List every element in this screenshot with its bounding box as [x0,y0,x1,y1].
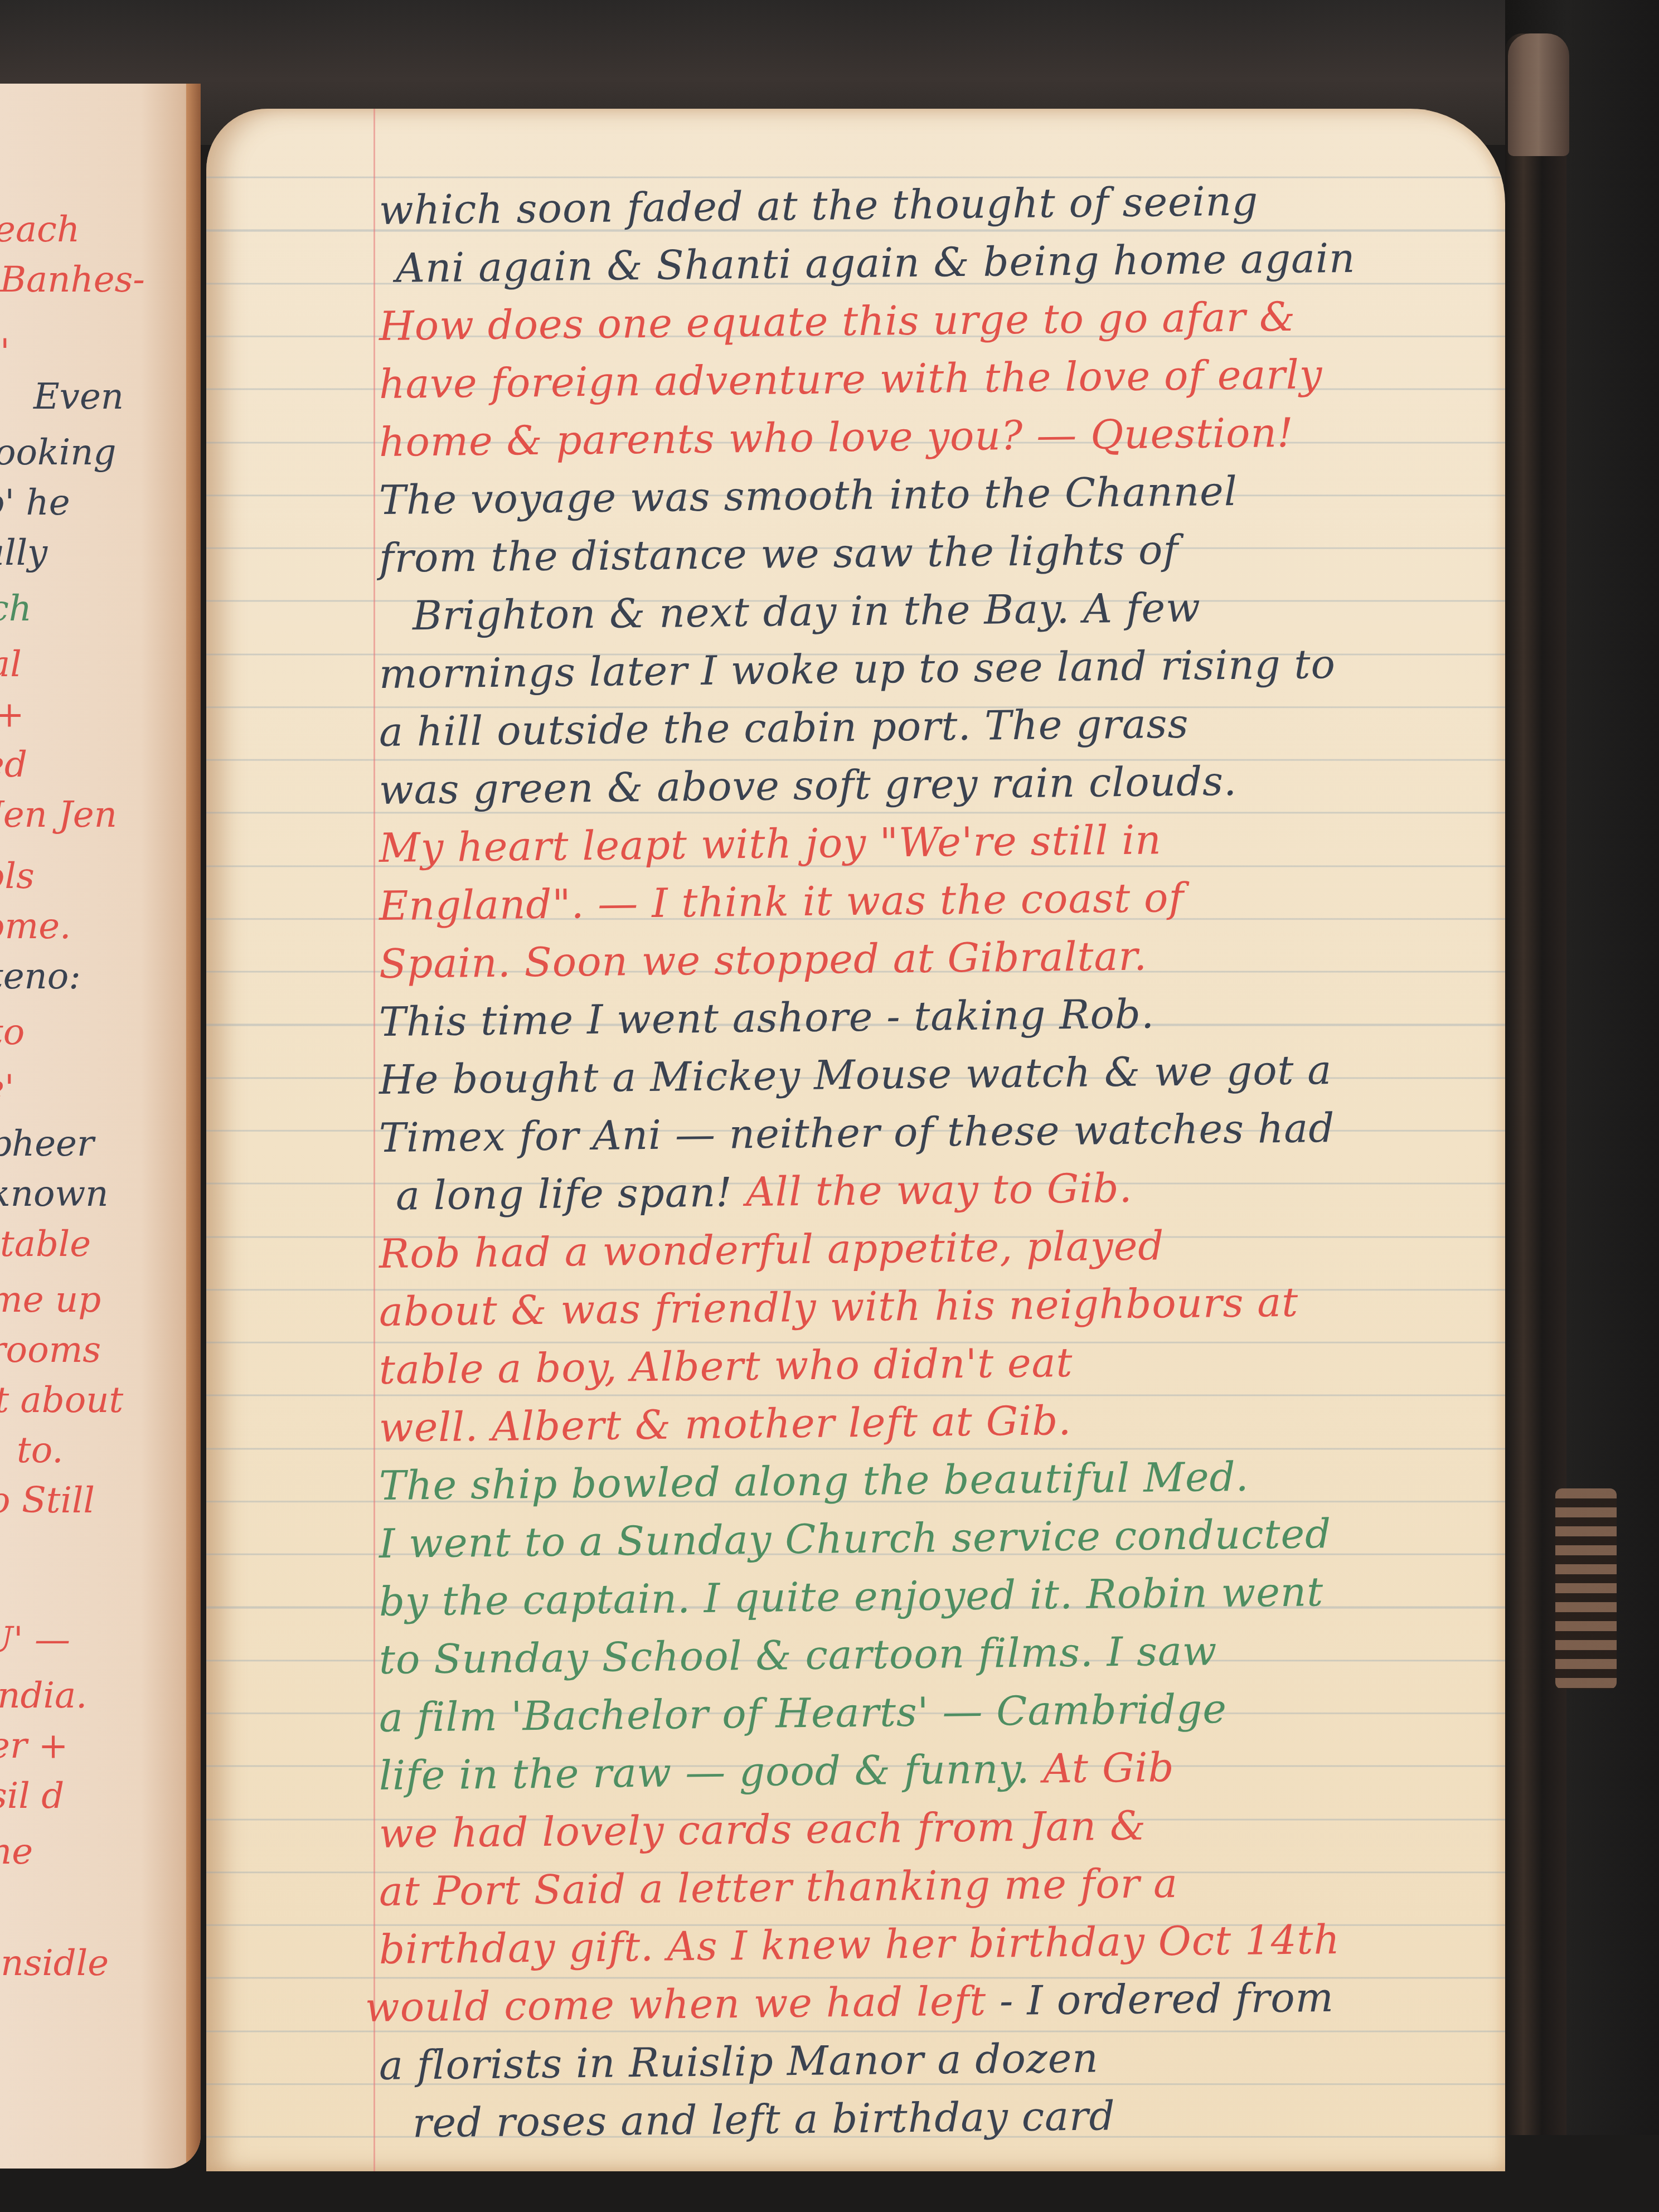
left-page-fragment: rooms [0,1332,101,1368]
diary-entry-text: which soon faded at the thought of seein… [379,181,1488,2152]
handwritten-line: Spain. Soon we stopped at Gibraltar. [379,923,1488,993]
handwritten-line: Ani again & Shanti again & being home ag… [379,227,1488,297]
left-page-fragment: Even [33,379,124,415]
line-text: mornings later I woke up to see land ris… [379,641,1336,697]
left-page-fragment: U' — [0,1622,70,1658]
margin-rule [373,109,375,2171]
left-page-fragment: ols [0,858,35,894]
handwritten-line: a film 'Bachelor of Hearts' — Cambridge [379,1677,1488,1747]
handwritten-line: was green & above soft grey rain clouds. [379,749,1488,819]
left-page-fragment: India. [0,1678,87,1714]
line-text: Rob had a wonderful appetite, played [379,1222,1165,1277]
line-text: The voyage was smooth into the Channel [379,468,1238,523]
left-page-fragment: - [0,1533,1,1569]
line-text: Spain. Soon we stopped at Gibraltar. [379,933,1148,987]
left-page-fragment: pheer [0,1126,94,1162]
line-text: we had lovely cards each from Jan & [379,1802,1147,1857]
handwritten-line: which soon faded at the thought of seein… [379,169,1488,239]
line-text: would come when we had left [365,1977,987,2031]
notebook-cover-stitching [1555,1488,1617,1689]
left-page-fragment: unsidle [0,1946,109,1981]
handwritten-line: about & was friendly with his neighbours… [379,1271,1488,1341]
handwritten-line: He bought a Mickey Mouse watch & we got … [379,1039,1488,1109]
handwritten-line: have foreign adventure with the love of … [379,343,1488,413]
left-page-fragment: ome. [0,909,71,944]
left-page-fragment: e' [0,1070,14,1106]
line-text: a hill outside the cabin port. The grass [379,700,1189,755]
line-text: at Port Said a letter thanking me for a [379,1860,1178,1915]
line-text-continuation: - I ordered from [986,1974,1334,2025]
line-text: which soon faded at the thought of seein… [379,177,1259,234]
notebook-cover-edge [1505,33,1566,2208]
handwritten-line: home & parents who love you? — Question! [379,401,1488,471]
line-text: red roses and left a birthday card [413,2092,1115,2146]
line-text: home & parents who love you? — Question! [379,409,1294,465]
handwritten-line: Rob had a wonderful appetite, played [379,1213,1488,1283]
line-text: from the distance we saw the lights of [379,526,1179,581]
line-text-continuation: At Gib [1030,1744,1175,1792]
left-page-fragment: ' [0,334,10,370]
line-text: well. Albert & mother left at Gib. [379,1397,1072,1451]
left-page-fragment: me up [0,1282,101,1318]
handwritten-line: red roses and left a birthday card [379,2083,1488,2152]
line-text: This time I went ashore - taking Rob. [379,990,1155,1045]
line-text: Brighton & next day in the Bay. A few [413,584,1201,639]
left-page-fragment: Banhes- [0,262,145,298]
left-page-fragment: to. [17,1433,63,1468]
line-text: How does one equate this urge to go afar… [379,293,1296,350]
line-text: a florists in Ruislip Manor a dozen [379,2034,1099,2089]
line-text: The ship bowled along the beautiful Med. [379,1453,1249,1509]
handwritten-line: The ship bowled along the beautiful Med. [379,1445,1488,1515]
line-text: a long life span! [396,1168,733,1219]
left-page-fragment: teno: [0,959,81,995]
handwritten-line: How does one equate this urge to go afar… [379,285,1488,355]
handwritten-line: to Sunday School & cartoon films. I saw [379,1619,1488,1689]
right-page: which soon faded at the thought of seein… [206,109,1505,2171]
page-gutter [186,84,201,2169]
left-page-fragment: ch [0,591,32,627]
line-text: a film 'Bachelor of Hearts' — Cambridge [379,1685,1228,1741]
left-page-fragment: sil d [0,1778,64,1814]
line-text: Timex for Ani — neither of these watches… [379,1104,1335,1161]
left-page-fragment: ne [0,1834,33,1870]
handwritten-line: would come when we had left - I ordered … [365,1967,1488,2036]
handwritten-line: Brighton & next day in the Bay. A few [379,575,1488,645]
left-page-fragment: o' he [0,485,70,521]
handwritten-line: by the captain. I quite enjoyed it. Robi… [379,1561,1488,1631]
line-text: was green & above soft grey rain clouds. [379,758,1238,813]
handwritten-line: Timex for Ani — neither of these watches… [379,1097,1488,1167]
handwritten-line: a hill outside the cabin port. The grass [379,691,1488,761]
left-page-fragment: each [0,212,80,248]
line-text: England". — I think it was the coast of [379,874,1185,929]
left-page-fragment: er + [0,1728,68,1764]
handwritten-line: I went to a Sunday Church service conduc… [379,1503,1488,1573]
line-text: about & was friendly with his neighbours… [379,1279,1299,1335]
notebook-cover-fold [1508,33,1569,156]
line-text: Ani again & Shanti again & being home ag… [396,235,1356,292]
line-text: I went to a Sunday Church service conduc… [379,1510,1332,1567]
left-page-fragment: ed [0,747,27,783]
handwritten-line: from the distance we saw the lights of [379,517,1488,587]
left-page-fragment: ally [0,535,47,571]
left-page-fragment: o Still [0,1483,95,1519]
line-text: to Sunday School & cartoon films. I saw [379,1627,1217,1683]
line-text: life in the raw — good & funny. [379,1745,1030,1799]
handwritten-line: My heart leapt with joy "We're still in [379,807,1488,877]
line-text: birthday gift. As I knew her birthday Oc… [379,1916,1341,1973]
handwritten-line: we had lovely cards each from Jan & [379,1793,1488,1862]
handwritten-line: well. Albert & mother left at Gib. [379,1387,1488,1457]
handwritten-line: a long life span! All the way to Gib. [379,1155,1488,1225]
left-page-fragment: ooking [0,435,117,470]
line-text: have foreign adventure with the love of … [379,351,1323,408]
line-text: He bought a Mickey Mouse watch & we got … [379,1046,1332,1103]
handwritten-line: table a boy, Albert who didn't eat [379,1329,1488,1399]
handwritten-line: a florists in Ruislip Manor a dozen [379,2025,1488,2094]
left-page-fragment: al [0,647,22,682]
left-page-fragment: known [0,1176,109,1212]
handwritten-line: at Port Said a letter thanking me for a [379,1851,1488,1920]
line-text: by the captain. I quite enjoyed it. Robi… [379,1568,1324,1625]
left-page-fragment: table [0,1226,91,1262]
line-text: My heart leapt with joy "We're still in [379,816,1162,871]
left-page-fragment: + [0,697,25,733]
handwritten-line: This time I went ashore - taking Rob. [379,981,1488,1051]
left-page-fragment: Jen Jen [0,797,117,833]
handwritten-line: England". — I think it was the coast of [379,865,1488,935]
left-page: eachBanhes-'Evenookingo' heallychal+edJe… [0,84,201,2169]
handwritten-line: life in the raw — good & funny. At Gib [379,1735,1488,1804]
handwritten-line: The voyage was smooth into the Channel [379,459,1488,529]
left-page-fragment: it about [0,1382,123,1418]
left-page-fragment: to [0,1015,25,1050]
line-text-continuation: All the way to Gib. [733,1165,1133,1216]
handwritten-line: mornings later I woke up to see land ris… [379,633,1488,703]
line-text: table a boy, Albert who didn't eat [379,1339,1073,1393]
